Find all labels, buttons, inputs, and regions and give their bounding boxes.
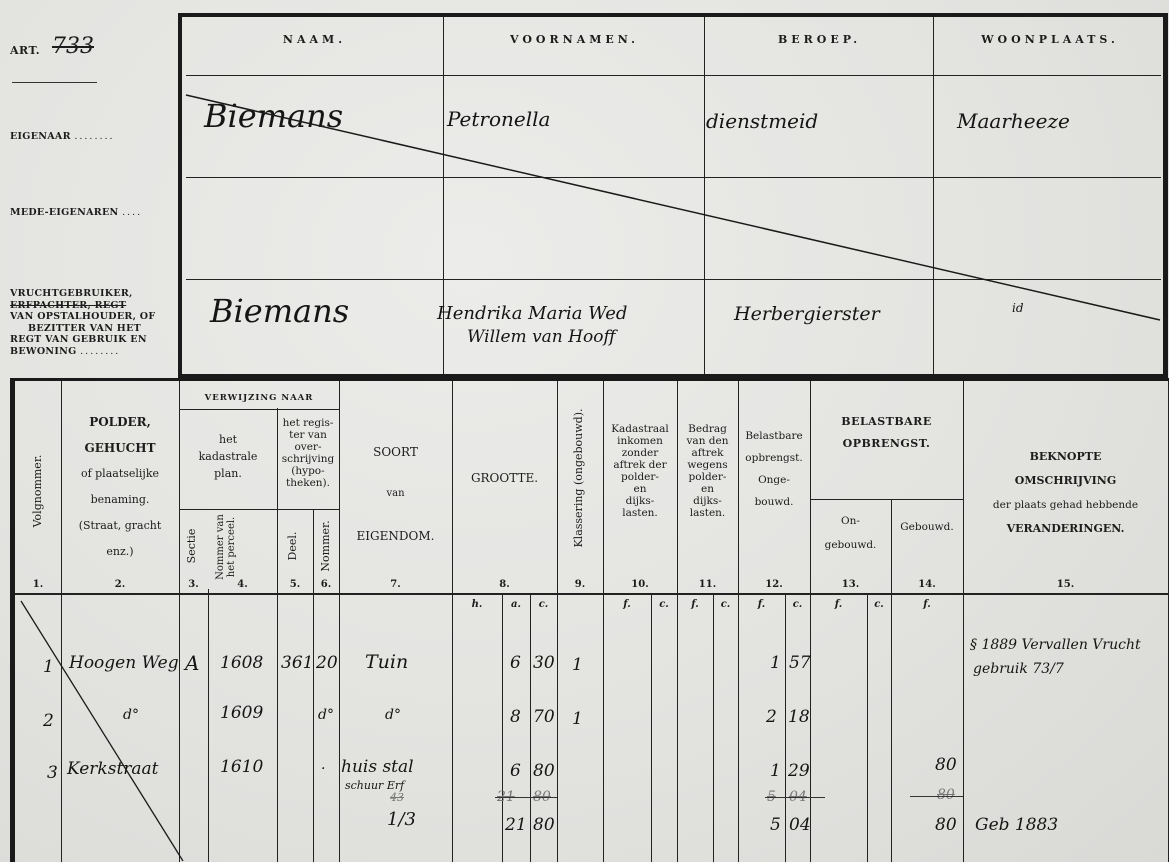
colnum: 9. <box>557 579 603 590</box>
colnum: 8. <box>452 579 557 590</box>
col-divider <box>452 381 453 862</box>
strike-rule <box>910 796 963 797</box>
header-kadastrale-plan: het kadastrale plan. <box>179 431 277 482</box>
usufruct-beroep: Herbergierster <box>734 303 880 325</box>
header-polder: POLDER, GEHUCHT of plaatselijke benaming… <box>61 409 179 565</box>
header-belastbare-ongebouwd: Belastbare opbrengst. Onge- bouwd. <box>738 425 810 513</box>
header-gebouwd: Gebouwd. <box>891 521 963 533</box>
unit-a: a. <box>502 599 530 610</box>
colnum: 10. <box>603 579 677 590</box>
unit-h: h. <box>452 599 502 610</box>
label-eigenaar: EIGENAAR ........ <box>10 131 115 142</box>
usufruct-woonplaats: id <box>1012 301 1024 315</box>
col-divider <box>785 595 786 862</box>
colnum: 5. <box>277 579 313 590</box>
article-number: 733 <box>52 34 94 59</box>
col-divider <box>208 589 209 862</box>
col-divider <box>502 595 503 862</box>
header-omschrijving: BEKNOPTE OMSCHRIJVING der plaats gehad h… <box>963 445 1168 541</box>
strike-rule <box>765 797 825 798</box>
colnum: 7. <box>339 579 452 590</box>
owners-table: NAAM. VOORNAMEN. BEROEP. WOONPLAATS. Bie… <box>178 13 1168 378</box>
col-divider <box>933 17 934 374</box>
unit-c: c. <box>867 599 891 610</box>
header-verwijzing: VERWIJZING NAAR <box>179 391 339 405</box>
owner-woonplaats: Maarheeze <box>957 109 1070 133</box>
header-register: het regis- ter van over- schrijving (hyp… <box>277 417 339 489</box>
unit-f: f. <box>677 599 713 610</box>
label-mede-eigenaren: MEDE-EIGENAREN .... <box>10 207 142 218</box>
colnum: 2. <box>61 579 179 590</box>
row-divider <box>179 509 339 510</box>
header-nommer-perceel: Nommer van het perceel. <box>215 513 277 581</box>
header-soort: SOORT van EIGENDOM. <box>339 431 452 557</box>
unit-c: c. <box>785 599 810 610</box>
header-beroep: BEROEP. <box>706 33 933 46</box>
row-divider <box>186 177 1161 178</box>
colnum: 1. <box>15 579 61 590</box>
article-label: ART. <box>10 44 40 57</box>
header-bottom-rule <box>15 593 1169 595</box>
colnum: 15. <box>963 579 1168 590</box>
owner-naam: Biemans <box>204 97 343 135</box>
header-bedrag-aftrek: Bedrag van den aftrek wegens polder- en … <box>677 423 738 519</box>
header-kadastraal-inkomen: Kadastraal inkomen zonder aftrek der pol… <box>603 423 677 519</box>
header-sectie: Sectie <box>186 516 198 576</box>
label-vruchtgebruiker: VRUCHTGEBRUIKER, ERFPACHTER, REGT VAN OP… <box>10 288 175 357</box>
col-divider <box>713 595 714 862</box>
header-naam: NAAM. <box>186 33 443 46</box>
usufruct-voornamen: Hendrika Maria Wed <box>437 303 627 324</box>
row-divider <box>186 75 1161 76</box>
colnum: 4. <box>208 579 277 590</box>
usufruct-voornamen-2: Willem van Hooff <box>467 327 616 347</box>
row-divider <box>810 499 963 500</box>
colnum: 11. <box>677 579 738 590</box>
row-divider <box>179 409 339 410</box>
unit-f: f. <box>810 599 867 610</box>
owner-voornamen: Petronella <box>447 107 550 131</box>
unit-f: f. <box>738 599 785 610</box>
usufruct-naam: Biemans <box>210 292 349 330</box>
ledger-page: ART. 733 EIGENAAR ........ MEDE-EIGENARE… <box>0 0 1169 862</box>
unit-f: f. <box>603 599 651 610</box>
col-divider <box>530 595 531 862</box>
colnum: 13. <box>810 579 891 590</box>
divider <box>12 82 97 83</box>
col-divider <box>704 17 705 374</box>
col-divider <box>557 381 558 862</box>
col-divider <box>651 595 652 862</box>
colnum: 6. <box>313 579 339 590</box>
header-voornamen: VOORNAMEN. <box>445 33 704 46</box>
col-divider <box>313 509 314 862</box>
col-divider <box>891 499 892 862</box>
unit-c: c. <box>713 599 738 610</box>
unit-c: c. <box>530 599 557 610</box>
colnum: 12. <box>738 579 810 590</box>
colnum: 3. <box>179 579 208 590</box>
row-divider <box>186 279 1161 280</box>
unit-f: f. <box>891 599 963 610</box>
header-woonplaats: WOONPLAATS. <box>935 33 1165 46</box>
header-grootte: GROOTTE. <box>452 471 557 485</box>
header-belastbare-opbrengst: BELASTBARE OPBRENGST. <box>810 411 963 455</box>
header-deel: Deel. <box>287 516 299 576</box>
unit-c: c. <box>651 599 677 610</box>
header-ongebouwd: On- gebouwd. <box>810 509 891 557</box>
strike-rule <box>495 797 557 798</box>
parcels-table: Volgnommer. POLDER, GEHUCHT of plaatseli… <box>10 378 1169 862</box>
header-volgnommer: Volgnommer. <box>32 416 44 566</box>
header-nommer: Nommer. <box>320 516 332 576</box>
col-divider <box>867 595 868 862</box>
colnum: 14. <box>891 579 963 590</box>
header-klassering: Klassering (ongebouwd). <box>573 393 585 563</box>
owner-beroep: dienstmeid <box>706 109 818 133</box>
